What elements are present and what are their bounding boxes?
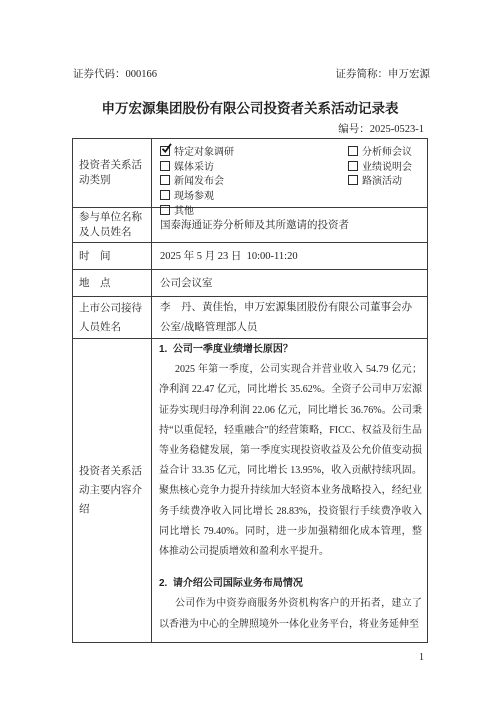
option-other: 其他	[160, 204, 427, 219]
option-roadshow: 路演活动	[348, 174, 412, 189]
option-label: 其他	[174, 206, 194, 217]
participants-label: 参与单位名称及人员姓名	[73, 208, 152, 242]
location-value: 公司会议室	[152, 270, 427, 296]
option-analyst-meeting: 分析师会议	[348, 145, 412, 160]
activity-type-options: 特定对象调研 媒体采访 新闻发布会 现场参观 其他	[152, 139, 427, 207]
question-2-title: 2. 请介绍公司国际业务布局情况	[159, 574, 422, 594]
checkbox-icon	[348, 175, 358, 185]
checkbox-icon	[348, 161, 358, 171]
activity-type-row: 投资者关系活动类别 特定对象调研 媒体采访 新闻发布会 现场参观	[73, 139, 427, 207]
activity-type-label: 投资者关系活动类别	[73, 139, 152, 207]
main-content-body: 1. 公司一季度业绩增长原因？ 2025 年第一季度，公司实现合并营业收入 54…	[152, 339, 427, 642]
option-label: 分析师会议	[362, 147, 412, 158]
checkbox-icon	[160, 205, 170, 215]
page-number: 1	[72, 652, 424, 663]
option-site-visit: 现场参观	[160, 189, 427, 204]
stock-short-name-text: 证券简称：申万宏源	[336, 68, 431, 82]
main-content-label: 投资者关系活动主要内容介绍	[73, 339, 152, 642]
doc-number: 编号：2025-0523-1	[72, 123, 424, 136]
option-label: 路演活动	[362, 176, 402, 187]
option-label: 特定对象调研	[174, 147, 234, 158]
document-title: 申万宏源集团股份有限公司投资者关系活动记录表	[0, 97, 500, 117]
option-earnings-briefing: 业绩说明会	[348, 160, 412, 175]
option-label: 媒体采访	[174, 162, 214, 173]
document-page: 证券代码：000166 证券简称：申万宏源 申万宏源集团股份有限公司投资者关系活…	[0, 0, 500, 707]
question-2-answer: 公司作为中资券商服务外资机构客户的开拓者，建立了以香港为中心的全牌照境外一体化业…	[159, 594, 422, 634]
question-1-title: 1. 公司一季度业绩增长原因？	[159, 340, 422, 360]
hosts-row: 上市公司接待人员姓名 李 丹、黄佳怡，申万宏源集团股份有限公司董事会办公室/战略…	[73, 296, 427, 338]
check-mark-icon	[161, 143, 172, 154]
location-row: 地 点 公司会议室	[73, 269, 427, 296]
time-row: 时 间 2025 年 5 月 23 日 10:00-11:20	[73, 242, 427, 269]
question-1-answer: 2025 年第一季度，公司实现合并营业收入 54.79 亿元；净利润 22.47…	[159, 360, 422, 562]
checkbox-icon	[348, 146, 358, 156]
checkbox-icon	[160, 161, 170, 171]
checkbox-checked-icon	[160, 146, 170, 156]
checkbox-icon	[160, 175, 170, 185]
stock-code-text: 证券代码：000166	[73, 68, 157, 82]
main-content-row: 投资者关系活动主要内容介绍 1. 公司一季度业绩增长原因？ 2025 年第一季度…	[73, 338, 427, 642]
option-label: 现场参观	[174, 191, 214, 202]
securities-meta-row: 证券代码：000166 证券简称：申万宏源	[73, 68, 430, 82]
option-label: 业绩说明会	[362, 162, 412, 173]
checkbox-icon	[160, 190, 170, 200]
hosts-label: 上市公司接待人员姓名	[73, 297, 152, 338]
option-label: 新闻发布会	[174, 176, 224, 187]
location-label: 地 点	[73, 270, 152, 296]
time-label: 时 间	[73, 243, 152, 269]
hosts-value: 李 丹、黄佳怡，申万宏源集团股份有限公司董事会办公室/战略管理部人员	[152, 297, 427, 338]
activity-options-column-2: 分析师会议 业绩说明会 路演活动	[348, 145, 412, 189]
time-value: 2025 年 5 月 23 日 10:00-11:20	[152, 243, 427, 269]
investor-relations-record-table: 投资者关系活动类别 特定对象调研 媒体采访 新闻发布会 现场参观	[72, 138, 428, 643]
